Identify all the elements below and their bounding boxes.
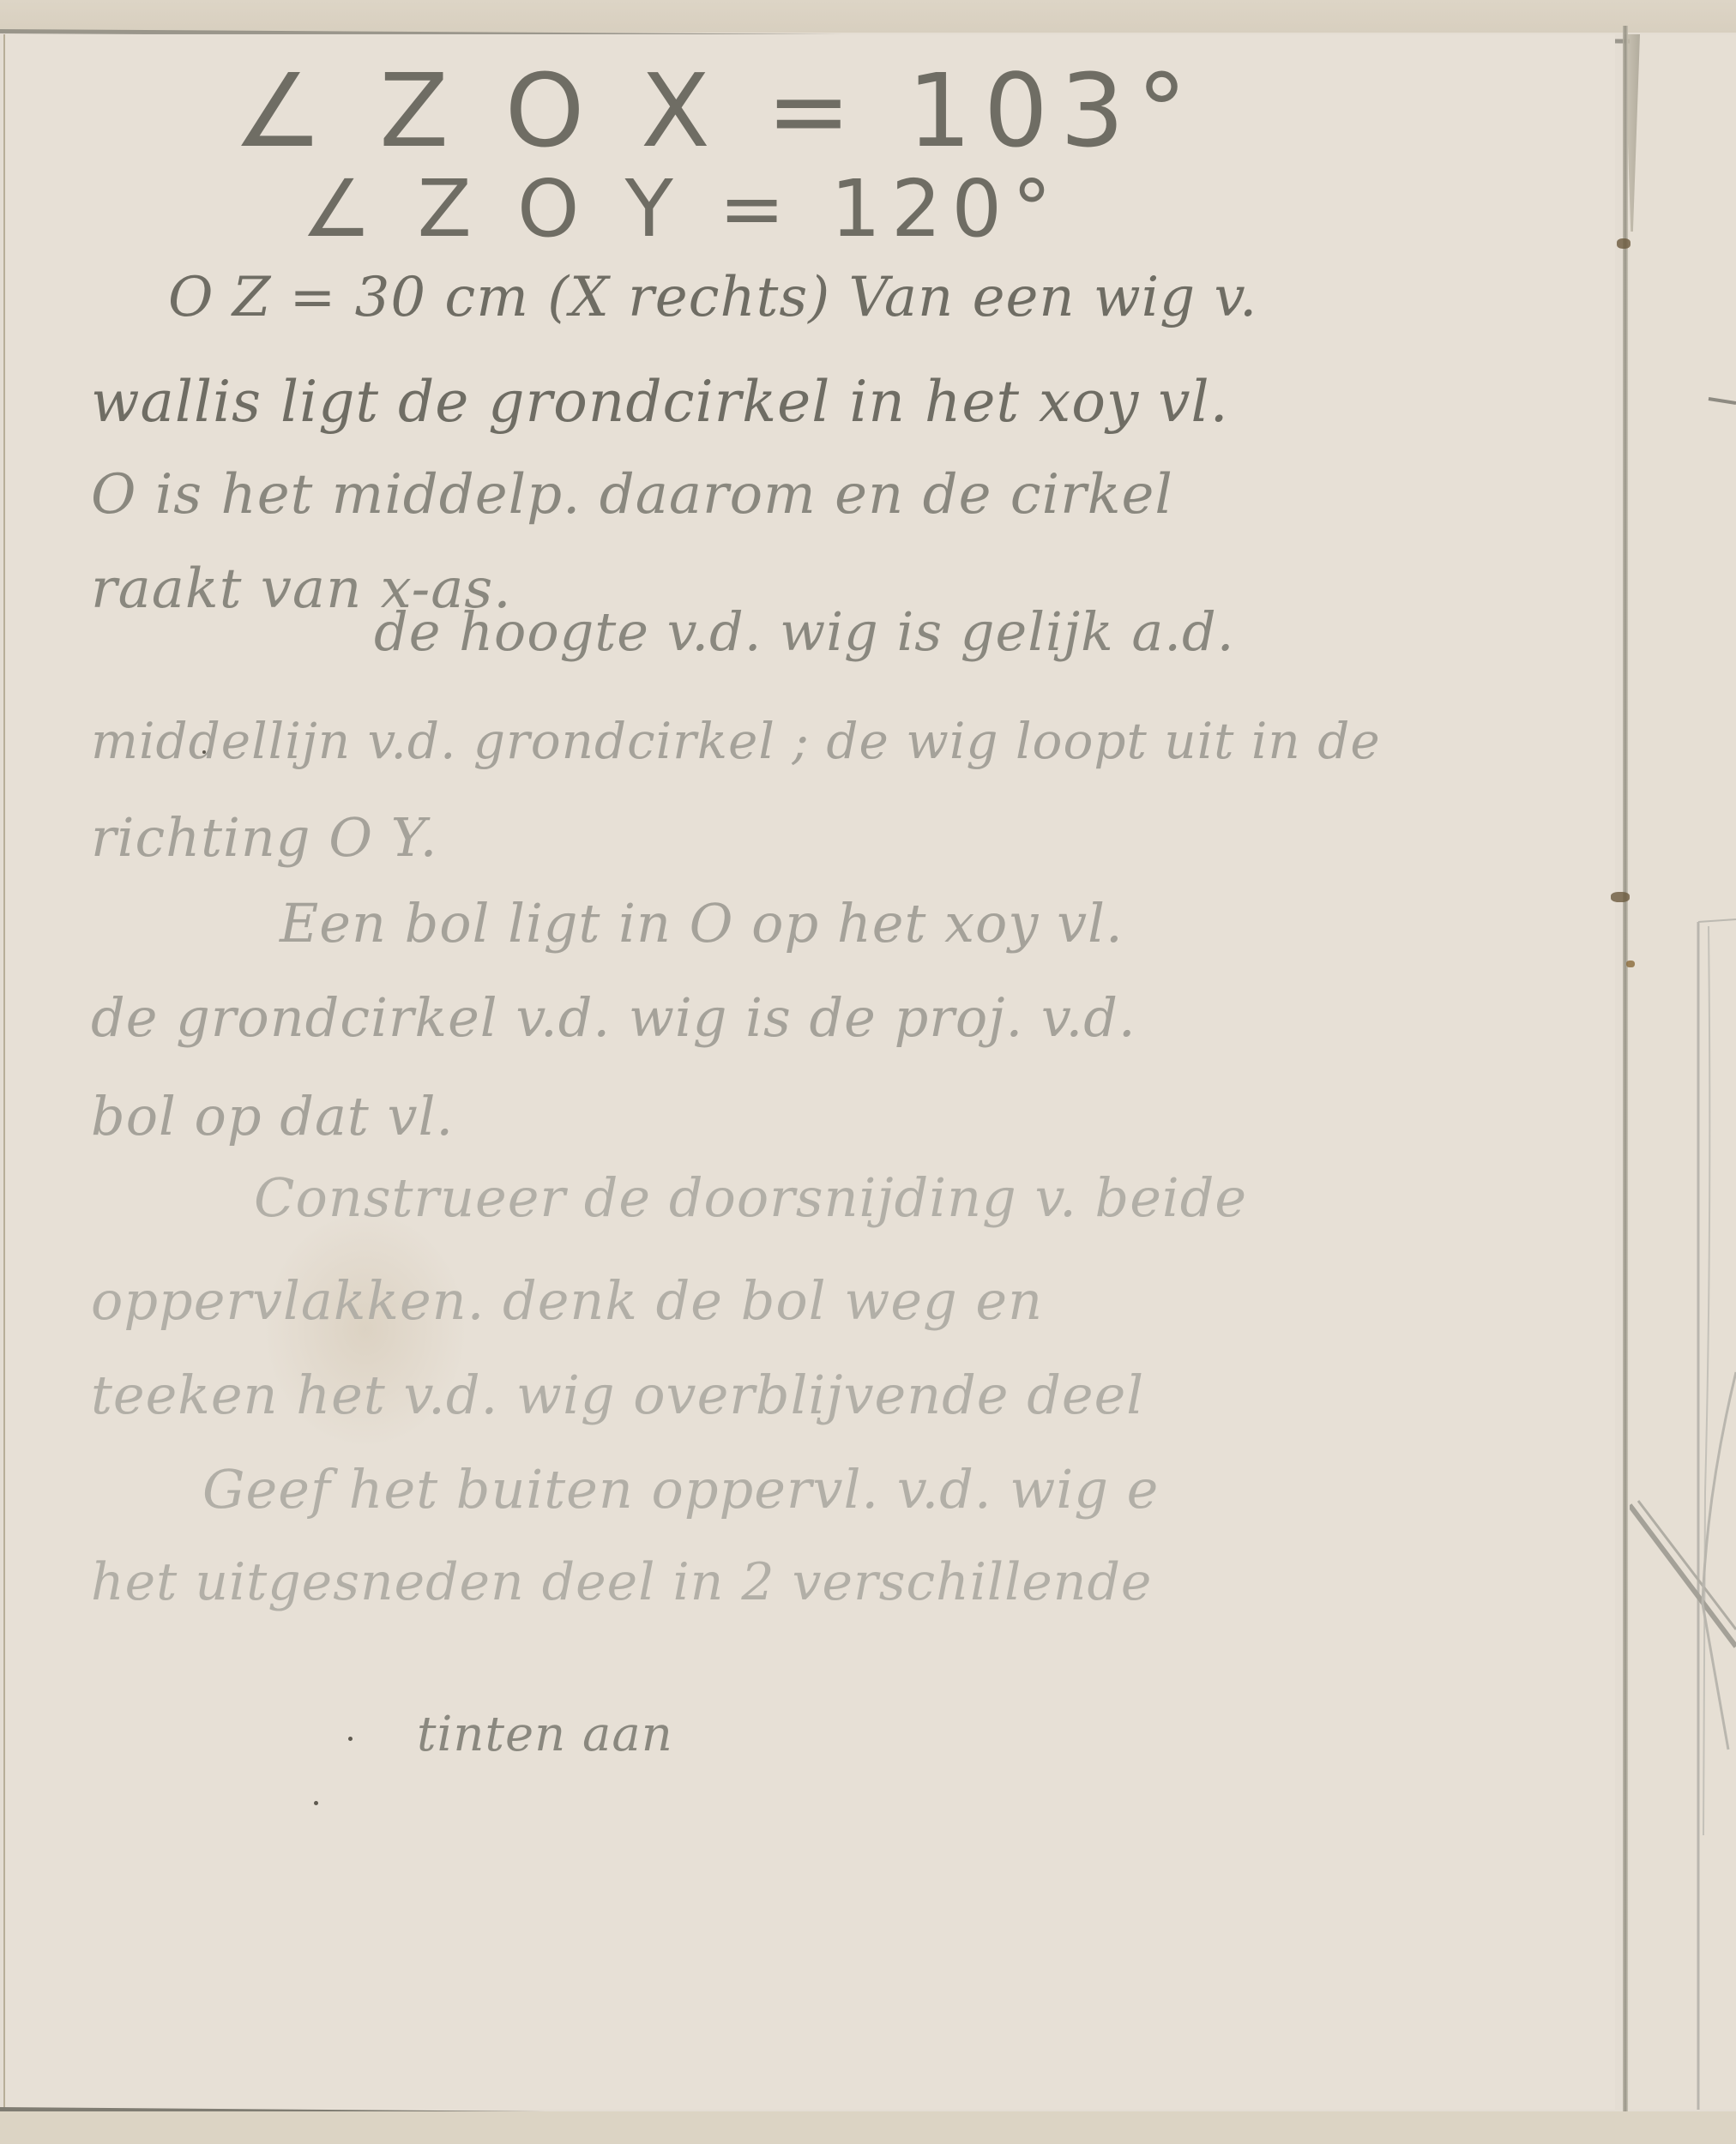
note-line-11: Construeer de doorsnijding v. beide [254, 1166, 1247, 1229]
formula-angle-zox: ∠ Z O X = 103° [232, 51, 1199, 170]
note-line-16: tinten aan [417, 1707, 673, 1762]
binding-top-strip [0, 0, 1736, 33]
note-line-13: teeken het v.d. wig overblijvende deel [91, 1364, 1144, 1426]
note-line-12: oppervlakken. denk de bol weg en [91, 1269, 1043, 1332]
binding-stitch [1611, 892, 1630, 902]
paper-speck [314, 1801, 318, 1805]
binding-bottom-strip [0, 2111, 1736, 2144]
binding-gutter [1623, 26, 1628, 2144]
left-notebook-page: ∠ Z O X = 103° ∠ Z O Y = 120° O Z = 30 c… [3, 34, 1615, 2110]
note-line-3: O is het middelp. daarom en de cirkel [91, 463, 1173, 527]
binding-stitch [1617, 238, 1631, 249]
paper-speck [202, 750, 206, 754]
note-line-7: richting O Y. [91, 806, 437, 869]
note-line-1: O Z = 30 cm (X rechts) Van een wig v. [168, 266, 1257, 329]
note-line-8: Een bol ligt in O op het xoy vl. [280, 892, 1124, 955]
note-line-15: het uitgesneden deel in 2 verschillende [91, 1552, 1152, 1612]
note-line-2: wallis ligt de grondcirkel in het xoy vl… [91, 369, 1229, 435]
pencil-sketch-lines [1630, 34, 1736, 2110]
notebook-scan: ∠ Z O X = 103° ∠ Z O Y = 120° O Z = 30 c… [0, 0, 1736, 2144]
note-line-10: bol op dat vl. [91, 1085, 454, 1147]
formula-angle-zoy: ∠ Z O Y = 120° [301, 163, 1062, 255]
note-line-9: de grondcirkel v.d. wig is de proj. v.d. [91, 986, 1136, 1049]
right-notebook-page [1630, 34, 1736, 2110]
paper-speck [348, 1737, 353, 1741]
binding-stitch [1626, 961, 1635, 967]
note-line-5: de hoogte v.d. wig is gelijk a.d. [374, 600, 1234, 663]
note-line-6: middellijn v.d. grondcirkel ; de wig loo… [91, 712, 1381, 770]
note-line-14: Geef het buiten oppervl. v.d. wig e [202, 1458, 1159, 1521]
